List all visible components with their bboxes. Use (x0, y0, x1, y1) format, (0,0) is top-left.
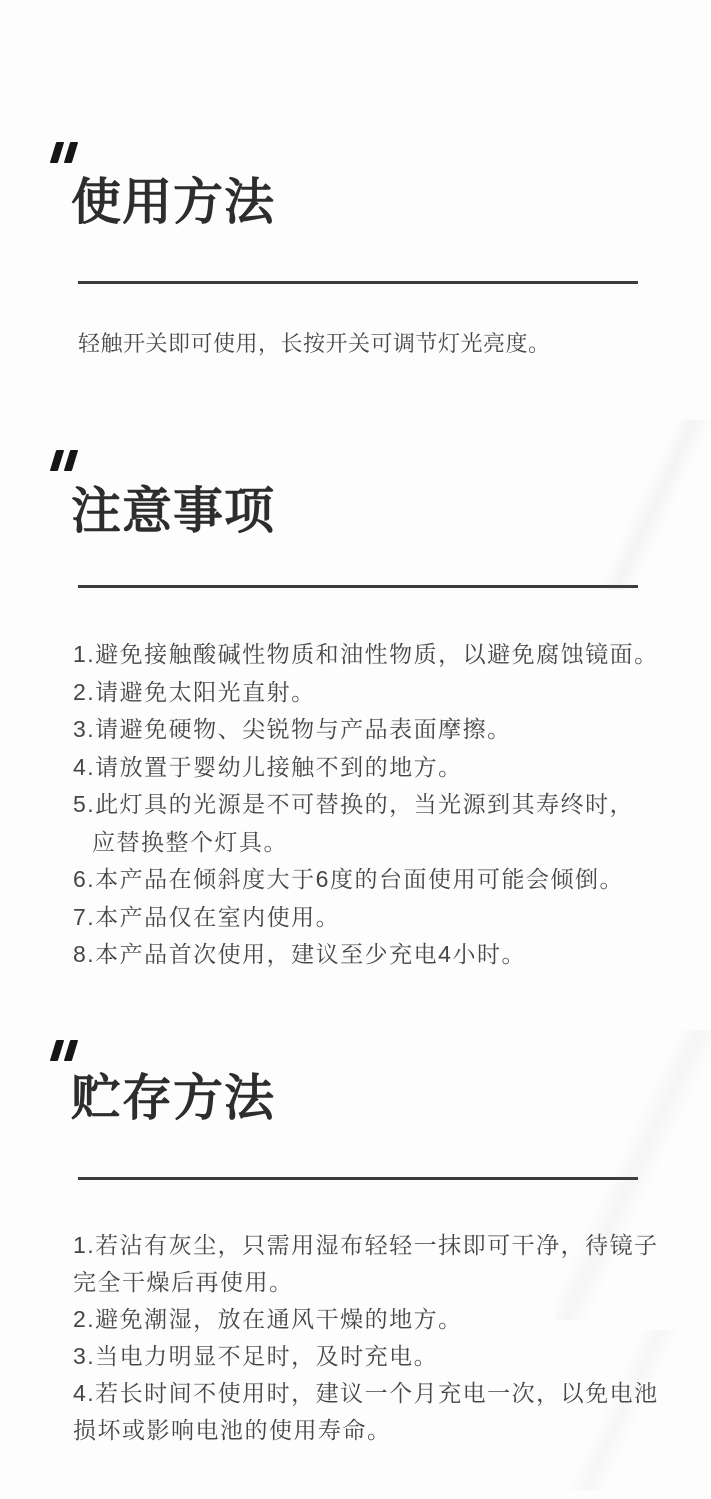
text-line: 6.本产品在倾斜度大于6度的台面使用可能会倾倒。 (73, 861, 659, 899)
background-sheen (600, 420, 710, 590)
section-title-storage: 贮存方法 (71, 1067, 275, 1129)
text-line: 应替换整个灯具。 (73, 824, 659, 862)
text-line: 完全干燥后再使用。 (73, 1264, 659, 1301)
section-title-usage: 使用方法 (71, 171, 275, 233)
text-line: 7.本产品仅在室内使用。 (73, 899, 659, 937)
product-instructions-page: 使用方法 轻触开关即可使用，长按开关可调节灯光亮度。 注意事项 1.避免接触酸碱… (0, 0, 711, 1499)
section-divider (78, 1177, 638, 1180)
quote-stroke (50, 1040, 64, 1061)
storage-list: 1.若沾有灰尘，只需用湿布轻轻一抹即可干净，待镜子完全干燥后再使用。2.避免潮湿… (73, 1227, 659, 1449)
quote-mark-icon (53, 142, 75, 163)
text-line: 3.请避免硬物、尖锐物与产品表面摩擦。 (73, 711, 659, 749)
section-title-precautions: 注意事项 (71, 480, 275, 542)
text-line: 8.本产品首次使用，建议至少充电4小时。 (73, 936, 659, 974)
quote-stroke (50, 450, 64, 471)
section-divider (78, 585, 638, 588)
text-line: 轻触开关即可使用，长按开关可调节灯光亮度。 (78, 330, 551, 357)
text-line: 3.当电力明显不足时，及时充电。 (73, 1338, 659, 1375)
section-divider (78, 281, 638, 284)
quote-stroke (64, 142, 78, 163)
text-line: 2.请避免太阳光直射。 (73, 674, 659, 712)
usage-instruction-text: 轻触开关即可使用，长按开关可调节灯光亮度。 (78, 330, 551, 357)
quote-stroke (64, 450, 78, 471)
text-line: 2.避免潮湿，放在通风干燥的地方。 (73, 1301, 659, 1338)
text-line: 5.此灯具的光源是不可替换的，当光源到其寿终时， (73, 786, 659, 824)
text-line: 损坏或影响电池的使用寿命。 (73, 1412, 659, 1449)
quote-mark-icon (53, 450, 75, 471)
text-line: 1.避免接触酸碱性物质和油性物质，以避免腐蚀镜面。 (73, 636, 659, 674)
quote-stroke (50, 142, 64, 163)
quote-mark-icon (53, 1040, 75, 1061)
quote-stroke (64, 1040, 78, 1061)
text-line: 1.若沾有灰尘，只需用湿布轻轻一抹即可干净，待镜子 (73, 1227, 659, 1264)
precautions-list: 1.避免接触酸碱性物质和油性物质，以避免腐蚀镜面。2.请避免太阳光直射。3.请避… (73, 636, 659, 974)
text-line: 4.请放置于婴幼儿接触不到的地方。 (73, 749, 659, 787)
text-line: 4.若长时间不使用时，建议一个月充电一次，以免电池 (73, 1375, 659, 1412)
